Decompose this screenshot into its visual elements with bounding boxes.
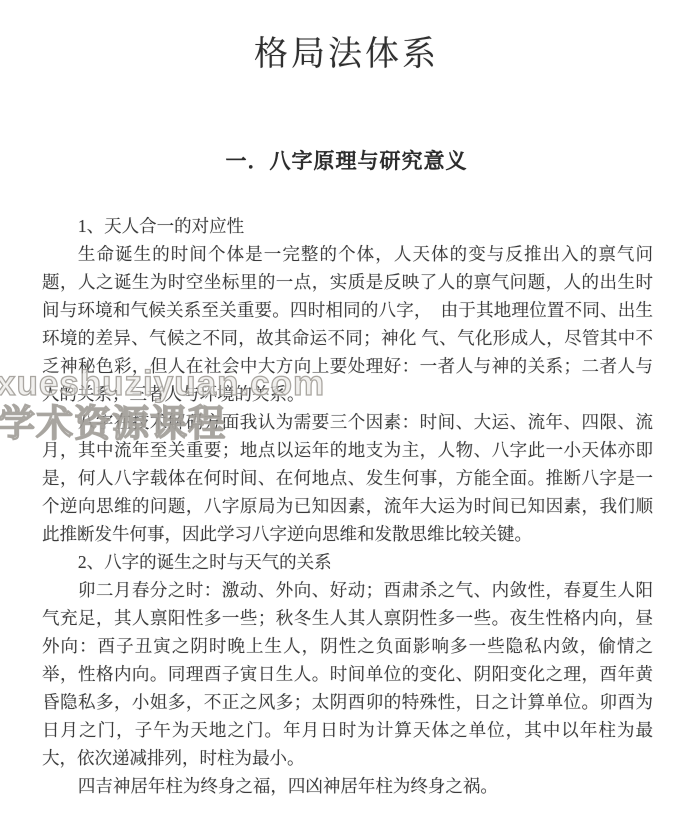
document-body: 1、天人合一的对应性 生命诞生的时间个体是一完整的个体，人天体的变与反推出入的禀… [42,212,653,800]
paragraph-body-3: 卯二月春分之时：激动、外向、好动；酉肃杀之气、内敛性，春夏生人阳气充足，其人禀阳… [42,576,653,772]
document-page: 格局法体系 一．八字原理与研究意义 1、天人合一的对应性 生命诞生的时间个体是一… [0,0,693,820]
paragraph-subheading-2: 2、八字的诞生之时与天气的关系 [42,548,653,576]
section-heading: 一．八字原理与研究意义 [0,145,693,175]
paragraph-body-4: 四吉神居年柱为终身之福，四凶神居年柱为终身之祸。 [42,772,653,800]
document-title: 格局法体系 [0,0,693,75]
paragraph-body-2: 八字在技术解码方面我认为需要三个因素：时间、大运、流年、四限、流月，其中流年至关… [42,408,653,548]
paragraph-body-1: 生命诞生的时间个体是一完整的个体，人天体的变与反推出入的禀气问题，人之诞生为时空… [42,240,653,408]
paragraph-subheading-1: 1、天人合一的对应性 [42,212,653,240]
